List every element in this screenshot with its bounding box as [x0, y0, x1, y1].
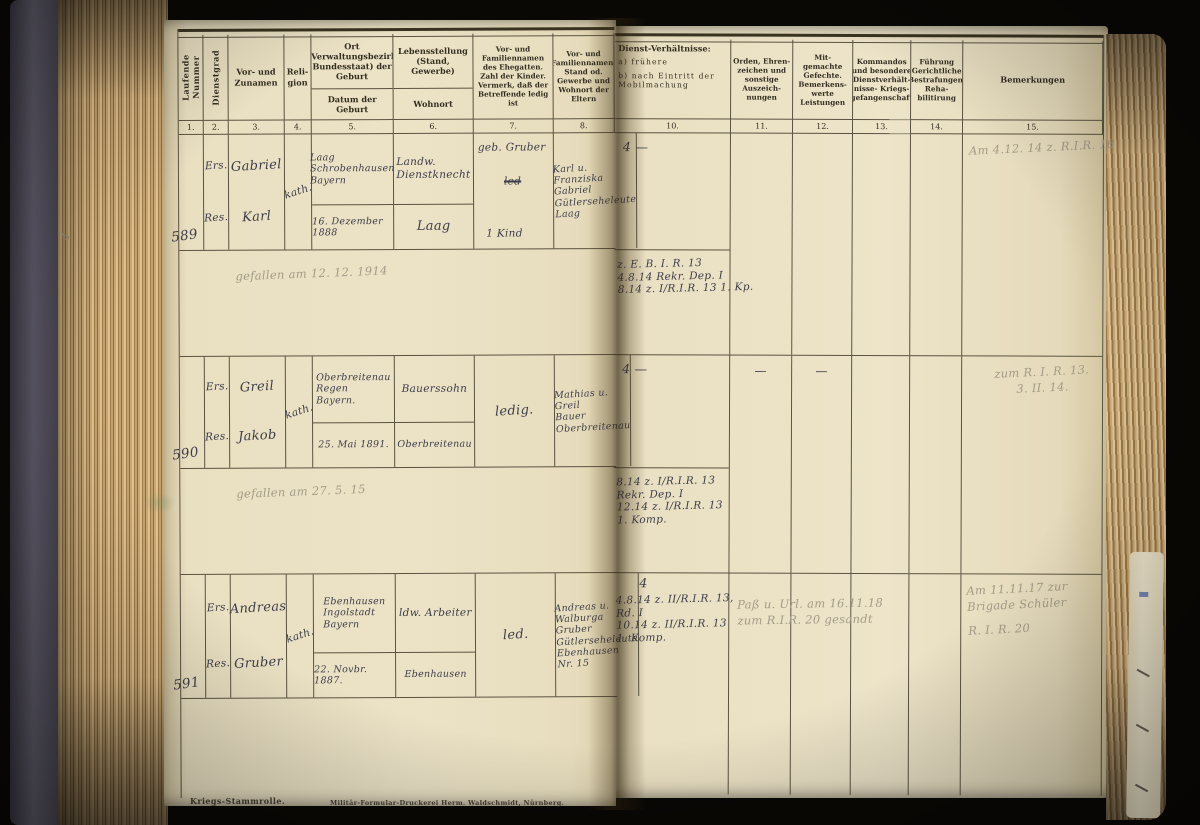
dv-mobilmachung: 8.14 z. I/R.I.R. 13Rekr. Dep. I12.14 z. …	[616, 474, 723, 527]
record-591-left: 591 Ers.Res. AndreasGruber kath. Ebenhau…	[181, 573, 618, 795]
protruding-page-sliver	[1126, 552, 1164, 818]
gefallen-vermerk: gefallen am 27. 5. 15	[236, 482, 366, 503]
right-table-header: Dienst-Verhältnisse: a) frühere b) nach …	[615, 39, 1103, 121]
header-label: Laufende Nummer	[180, 37, 201, 118]
header-cell-gefechte: Mit- gemachte Gefechte. Bemerkens- werte…	[793, 40, 853, 120]
geburtsdatum: 16. Dezember 1888	[312, 216, 393, 239]
dv-frueher: 4	[639, 575, 647, 590]
orden-strich: —	[730, 364, 791, 379]
cell-bemerkungen: Am 4.12. 14 z. R.I.R. 16	[962, 134, 1103, 355]
col-number: 8.	[554, 119, 615, 133]
header-lebensstellung: Lebensstellung (Stand, Gewerbe)	[393, 34, 472, 89]
cell-orden	[730, 134, 793, 355]
header-cell-dienstgrad: Dienstgrad	[203, 35, 228, 121]
cell-bemerkungen: Am 11.11.17 zurBrigade SchülerR. I. R. 2…	[961, 574, 1102, 795]
cell-bemerkungen: zum R. I. R. 13.3. II. 14.	[961, 356, 1102, 573]
dv-mobilmachung: 4.8.14 z. II/R.I.R. 13,Rd. I10.14 z. II/…	[616, 592, 735, 645]
dienstgrad: Ers.	[205, 381, 228, 395]
col-number: 1.	[179, 121, 204, 135]
dienstgrad: Res.	[206, 657, 231, 671]
header-cell-religion: Reli- gion	[284, 34, 311, 120]
header-cell-eltern: Vor- und Familiennamen, Stand od. Gewerb…	[553, 33, 614, 119]
cell-lebensstellung: BauerssohnOberbreitenau	[395, 356, 475, 467]
familienstand: led.	[502, 626, 528, 643]
cell-dienstverhaeltnisse: 4 — 8.14 z. I/R.I.R. 13Rekr. Dep. I12.14…	[613, 355, 730, 572]
cell-religion: kath.	[286, 356, 313, 467]
wohnort: Oberbreitenau	[397, 439, 472, 451]
header-cell-ehegatte: Vor- und Familiennamen des Ehegatten. Za…	[473, 33, 553, 119]
lebensstellung: Landw.Dienstknecht	[396, 156, 470, 182]
col-number: 10.	[615, 119, 731, 133]
cell-ehegatte: led.	[476, 573, 557, 696]
col-number: 14.	[911, 120, 963, 134]
cell-religion: kath.	[285, 134, 313, 249]
blue-ink-mark	[1139, 592, 1148, 597]
bemerkung: Am 11.11.17 zurBrigade SchülerR. I. R. 2…	[966, 577, 1101, 639]
header-cell-fuehrung: Führung Gerichtliche Bestrafungen. Reha-…	[911, 40, 963, 120]
geburtsort: LaagSchrobenhausenBayern	[310, 152, 395, 186]
record-591-right: 4 4.8.14 z. II/R.I.R. 13,Rd. I10.14 z. I…	[613, 573, 1102, 796]
left-table-header: Laufende Nummer Dienstgrad Vor- und Zuna…	[178, 33, 614, 121]
geburtsdatum: 25. Mai 1891.	[318, 439, 389, 451]
cell-dienstgrad: Ers.Res.	[204, 135, 230, 250]
laufende-nummer: 590	[171, 444, 200, 464]
dienstgrad: Res.	[205, 430, 230, 444]
dienstgrad: Ers.	[206, 602, 229, 616]
col-number: 11.	[731, 120, 793, 134]
familienstand: ledig.	[495, 402, 534, 420]
header-geburtsdatum: Datum der Geburt	[312, 89, 393, 119]
cell-nummer: 590	[180, 357, 205, 468]
zuname: Gruber	[234, 655, 284, 673]
col-number: 5.	[312, 120, 394, 134]
cell-orden: —	[729, 356, 792, 573]
col-number: 15.	[963, 120, 1103, 134]
vorname: Karl	[242, 209, 272, 226]
vorname: Jakob	[238, 428, 277, 446]
header-geburtsort: Ort (Verwaltungsbezirk Bundesstaat) der …	[311, 34, 392, 89]
zuname: Gabriel	[231, 157, 283, 175]
laufende-nummer: 591	[172, 674, 201, 694]
cell-dienstgrad: Ers.Res.	[206, 575, 232, 698]
cell-gefechte: —	[791, 356, 852, 573]
header-cell-laufende-nummer: Laufende Nummer	[178, 35, 203, 121]
col-number: 7.	[474, 119, 554, 133]
header-cell-kommandos: Kommandos und besondere Dienstverhält- n…	[853, 40, 911, 120]
right-table: Dienst-Verhältnisse: a) frühere b) nach …	[613, 33, 1105, 796]
header-cell-lebensstellung: Lebensstellung (Stand, Gewerbe) Wohnort	[393, 34, 473, 120]
col-number: 6.	[394, 120, 474, 134]
header-sub-a: a) frühere	[618, 57, 668, 67]
geburtsdatum: 22. Novbr. 1887.	[314, 664, 395, 687]
lebensstellung: Bauerssohn	[402, 382, 468, 395]
cell-fuehrung	[909, 356, 962, 573]
record-590-left: 590 Ers.Res. GreilJakob kath. Oberbreite…	[180, 355, 617, 575]
cell-nummer: 591	[181, 575, 207, 698]
kommandos-vermerk: Paß u. Url. am 16.11.18zum R.I.R. 20 ges…	[737, 594, 967, 628]
laufende-nummer: 589	[170, 226, 199, 246]
header-cell-orden: Orden, Ehren- zeichen und sonstige Ausze…	[731, 40, 793, 120]
header-sub-b: b) nach Eintritt der Mobilmachung	[618, 71, 727, 90]
record-590-notes-strip: gefallen am 27. 5. 15	[180, 467, 616, 575]
gefallen-vermerk: gefallen am 12. 12. 1914	[235, 263, 388, 284]
cell-kommandos	[852, 134, 911, 355]
dv-frueher: 4 —	[623, 139, 648, 154]
header-wohnort: Wohnort	[394, 89, 473, 119]
dv-frueher: 4 —	[622, 361, 647, 376]
dienstgrad: Ers.	[204, 160, 227, 174]
record-591-notes-strip	[181, 697, 617, 795]
cell-dienstverhaeltnisse: 4 4.8.14 z. II/R.I.R. 13,Rd. I10.14 z. I…	[613, 573, 730, 794]
cell-ehegatte: geb. Gruber led 1 Kind	[474, 133, 555, 248]
cell-lebensstellung: Landw.DienstknechtLaag	[394, 134, 475, 249]
cell-namen: GabrielKarl	[229, 134, 286, 249]
vorname: Andreas	[230, 599, 287, 618]
header-label: Dienstgrad	[210, 49, 220, 105]
dv-divider-line	[614, 467, 729, 468]
printer-imprint: Militär-Formular-Druckerei Herm. Waldsch…	[330, 799, 564, 807]
cell-namen: GreilJakob	[230, 356, 286, 467]
col-number: 2.	[204, 121, 229, 135]
header-label: Dienst-Verhältnisse:	[618, 43, 710, 54]
ink-fragment	[1137, 669, 1150, 677]
cell-geburt: OberbreitenauRegenBayern.25. Mai 1891.	[313, 356, 395, 467]
header-cell-dienstverhaeltnisse: Dienst-Verhältnisse: a) frühere b) nach …	[615, 39, 731, 119]
record-589-right: 4 — z. E. B. I. R. 134.8.14 Rekr. Dep. I…	[614, 133, 1103, 357]
religion: kath.	[284, 401, 315, 422]
green-smudge	[142, 492, 176, 514]
record-589-notes-strip: gefallen am 12. 12. 1914	[179, 249, 615, 357]
dv-divider-line	[615, 249, 730, 250]
header-cell-namen: Vor- und Zunamen	[228, 34, 284, 120]
left-table: Laufende Nummer Dienstgrad Vor- und Zuna…	[177, 27, 617, 798]
record-590-right: 4 — 8.14 z. I/R.I.R. 13Rekr. Dep. I12.14…	[613, 355, 1102, 575]
ehegatte-name: geb. Gruber	[478, 141, 546, 154]
bemerkung: zum R. I. R. 13.3. II. 14.	[983, 362, 1100, 399]
cell-geburt: LaagSchrobenhausenBayern16. Dezember 188…	[312, 134, 395, 249]
cell-namen: AndreasGruber	[231, 574, 288, 697]
bemerkung: Am 4.12. 14 z. R.I.R. 16	[969, 137, 1102, 159]
ink-fragment	[1136, 724, 1149, 732]
ledig-gestrichen: led	[504, 175, 521, 188]
cell-fuehrung	[910, 134, 963, 355]
book-cover-edge	[10, 0, 62, 825]
religion: kath.	[284, 625, 315, 646]
kinder: 1 Kind	[486, 228, 523, 241]
record-589-left: 589 Ers.Res. GabrielKarl kath. LaagSchro…	[179, 133, 616, 357]
header-cell-bemerkungen: Bemerkungen	[963, 40, 1103, 120]
dienstgrad: Res.	[204, 211, 229, 225]
cell-lebensstellung: ldw. ArbeiterEbenhausen	[396, 574, 477, 697]
col-number: 13.	[853, 120, 911, 134]
ink-fragment	[1135, 784, 1148, 792]
book-photo: Laufende Nummer Dienstgrad Vor- und Zuna…	[0, 0, 1200, 825]
col-number: 12.	[793, 120, 853, 134]
gefechte-strich: —	[792, 364, 851, 379]
zuname: Greil	[240, 379, 275, 397]
lebensstellung: ldw. Arbeiter	[399, 606, 472, 619]
cell-gefechte	[792, 134, 853, 355]
geburtsort: EbenhausenIngolstadtBayern	[323, 596, 385, 630]
cell-religion: kath.	[287, 574, 315, 697]
cell-geburt: EbenhausenIngolstadtBayern22. Novbr. 188…	[314, 574, 397, 697]
wohnort: Ebenhausen	[404, 669, 466, 680]
wohnort: Laag	[417, 219, 451, 235]
cell-kommandos	[851, 356, 910, 573]
header-cell-geburt: Ort (Verwaltungsbezirk Bundesstaat) der …	[311, 34, 393, 120]
left-page-edge-stack	[58, 0, 168, 825]
religion: kath.	[283, 181, 314, 202]
col-number: 3.	[229, 120, 285, 134]
geburtsort: OberbreitenauRegenBayern.	[316, 372, 391, 406]
cell-dienstgrad: Ers.Res.	[205, 357, 230, 468]
cell-ehegatte: ledig.	[475, 355, 555, 466]
col-number: 4.	[285, 120, 312, 134]
cell-nummer: 589	[179, 135, 205, 250]
form-title: Kriegs-Stammrolle.	[190, 796, 285, 806]
cell-dienstverhaeltnisse: 4 — z. E. B. I. R. 134.8.14 Rekr. Dep. I…	[614, 133, 731, 354]
